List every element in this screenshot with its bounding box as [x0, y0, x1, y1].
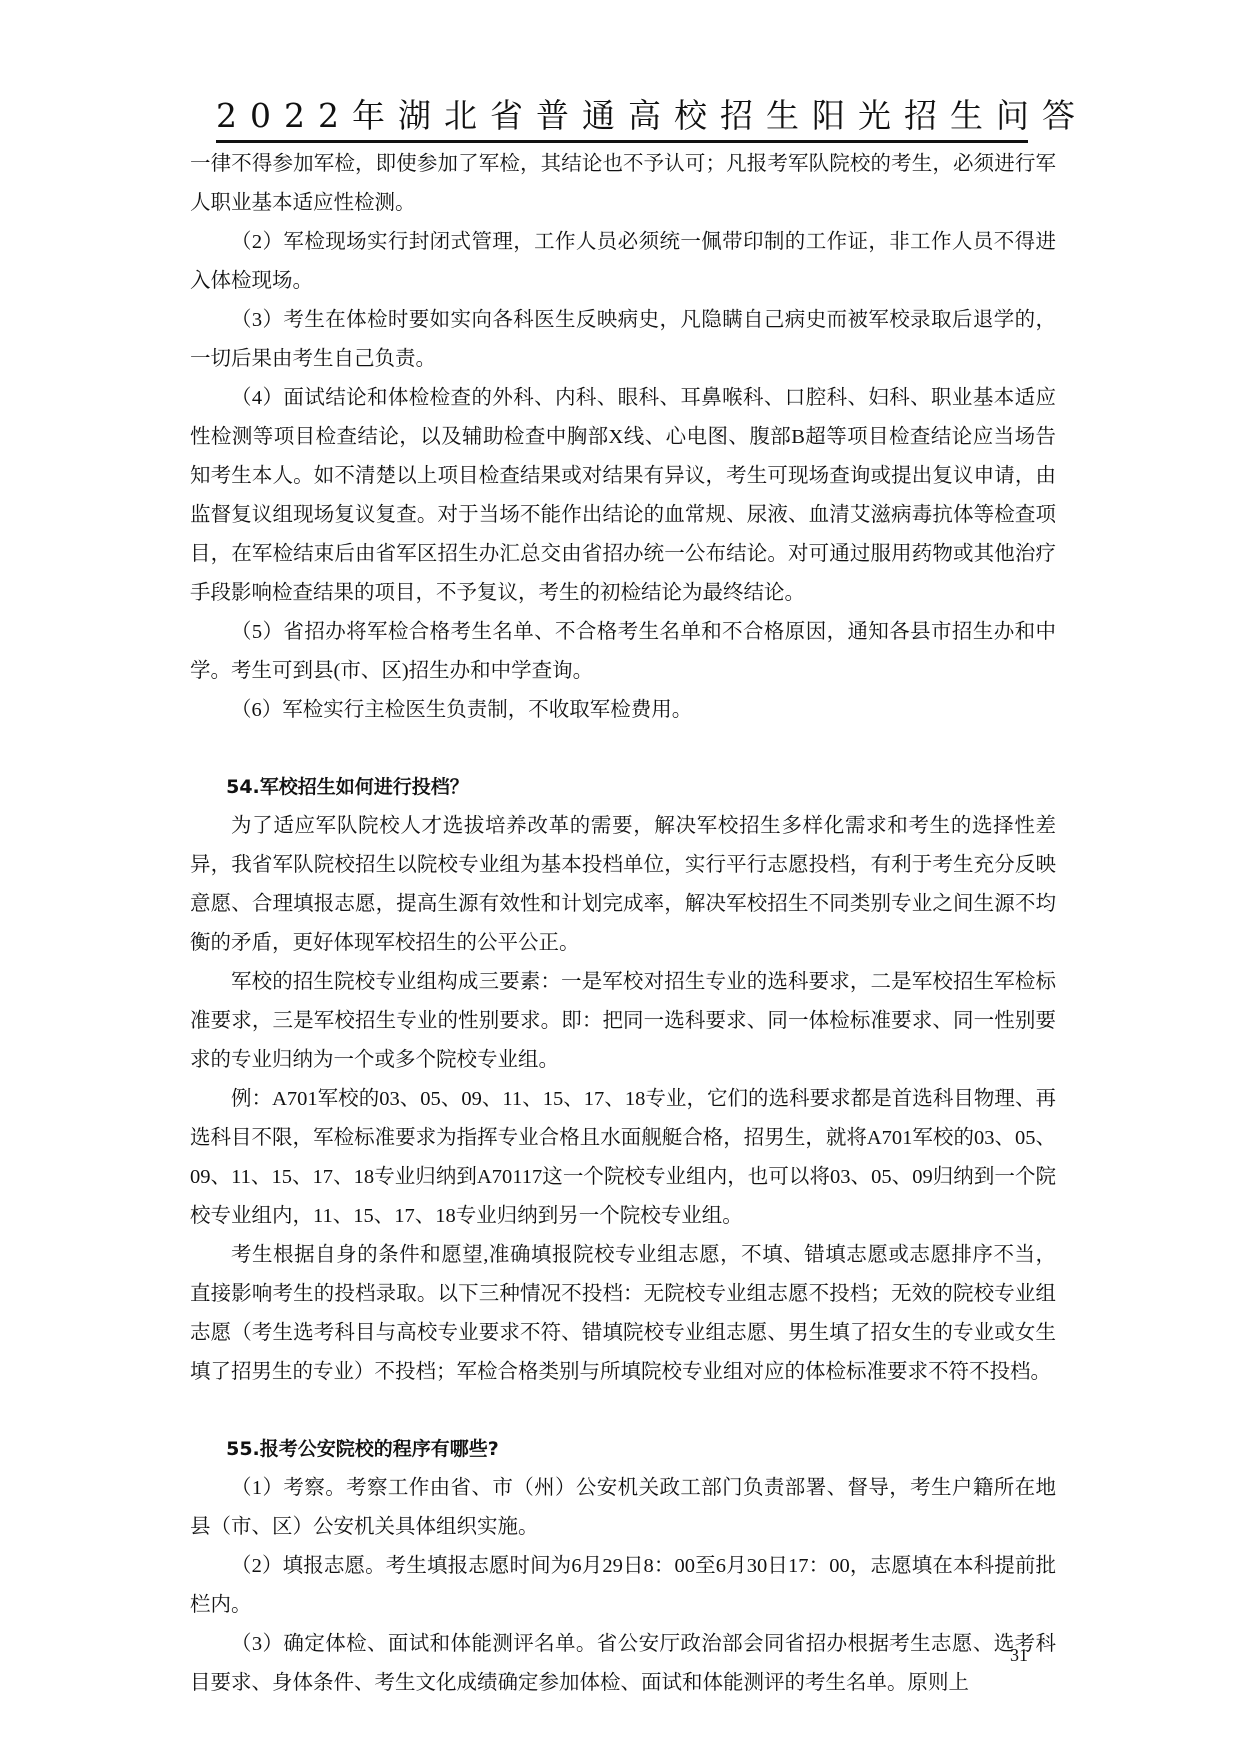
- section-spacer: [190, 1392, 1056, 1430]
- q55-paragraph: （2）填报志愿。考生填报志愿时间为6月29日8：00至6月30日17：00，志愿…: [190, 1547, 1056, 1625]
- paragraph-item-3: （3）考生在体检时要如实向各科医生反映病史，凡隐瞒自己病史而被军校录取后退学的，…: [190, 301, 1056, 379]
- paragraph-continuation: 一律不得参加军检，即使参加了军检，其结论也不予认可；凡报考军队院校的考生，必须进…: [190, 145, 1056, 223]
- paragraph-item-5: （5）省招办将军检合格考生名单、不合格考生名单和不合格原因，通知各县市招生办和中…: [190, 613, 1056, 691]
- document-page: 2022年湖北省普通高校招生阳光招生问答 一律不得参加军检，即使参加了军检，其结…: [0, 0, 1240, 1753]
- page-number: 31: [1010, 1645, 1028, 1666]
- q54-paragraph: 军校的招生院校专业组构成三要素：一是军校对招生专业的选科要求，二是军校招生军检标…: [190, 963, 1056, 1080]
- paragraph-item-4: （4）面试结论和体检检查的外科、内科、眼科、耳鼻喉科、口腔科、妇科、职业基本适应…: [190, 379, 1056, 613]
- section-spacer: [190, 730, 1056, 768]
- q55-paragraph: （1）考察。考察工作由省、市（州）公安机关政工部门负责部署、督导，考生户籍所在地…: [190, 1469, 1056, 1547]
- page-header-title: 2022年湖北省普通高校招生阳光招生问答: [216, 94, 1028, 143]
- paragraph-item-6: （6）军检实行主检医生负责制，不收取军检费用。: [190, 691, 1056, 730]
- question-55-heading: 55.报考公安院校的程序有哪些?: [190, 1430, 1056, 1469]
- q54-paragraph: 考生根据自身的条件和愿望,准确填报院校专业组志愿，不填、错填志愿或志愿排序不当，…: [190, 1236, 1056, 1392]
- q54-paragraph: 例：A701军校的03、05、09、11、15、17、18专业，它们的选科要求都…: [190, 1080, 1056, 1236]
- q54-paragraph: 为了适应军队院校人才选拔培养改革的需要，解决军校招生多样化需求和考生的选择性差异…: [190, 807, 1056, 963]
- question-54-heading: 54.军校招生如何进行投档？: [190, 768, 1056, 807]
- page-body: 一律不得参加军检，即使参加了军检，其结论也不予认可；凡报考军队院校的考生，必须进…: [190, 145, 1056, 1703]
- paragraph-item-2: （2）军检现场实行封闭式管理，工作人员必须统一佩带印制的工作证，非工作人员不得进…: [190, 223, 1056, 301]
- q55-paragraph: （3）确定体检、面试和体能测评名单。省公安厅政治部会同省招办根据考生志愿、选考科…: [190, 1625, 1056, 1703]
